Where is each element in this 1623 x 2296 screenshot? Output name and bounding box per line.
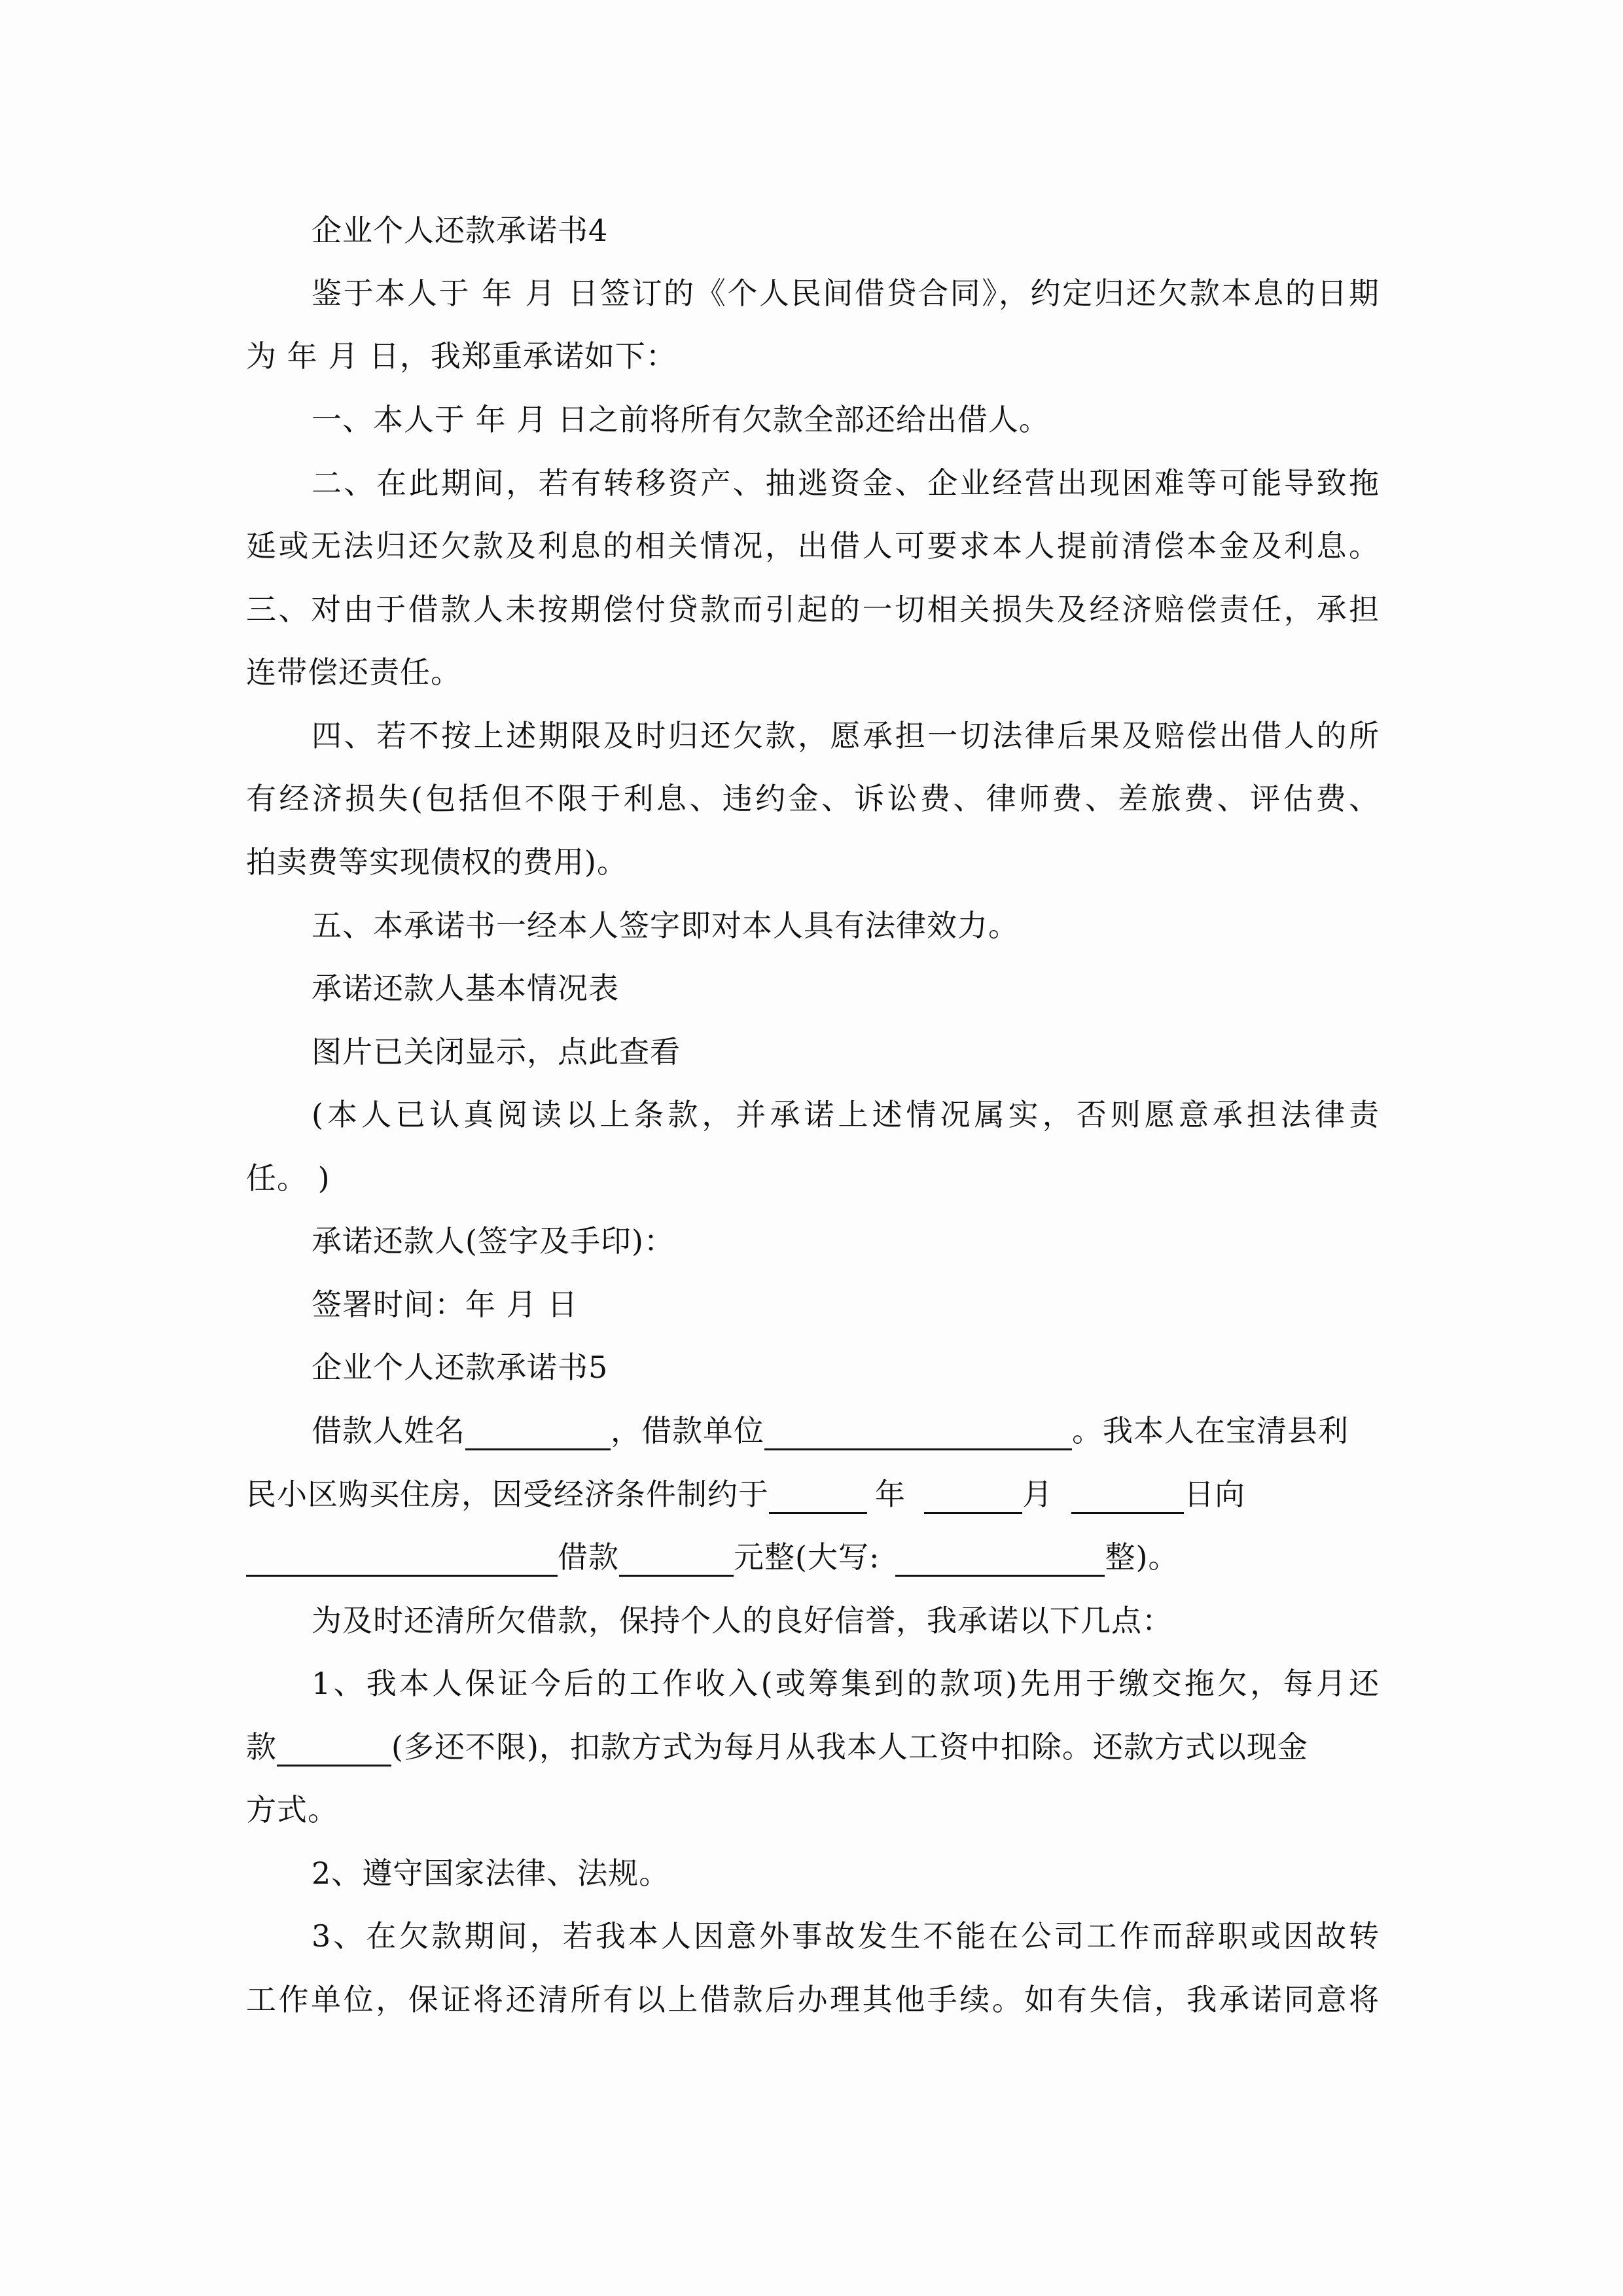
item-3-line-2: 工作单位，保证将还清所有以上借款后办理其他手续。如有失信，我承诺同意将 — [246, 1980, 1380, 2019]
year-field[interactable] — [769, 1479, 867, 1514]
day-label: 日向 — [1184, 1477, 1245, 1512]
borrow-label: 借款 — [558, 1539, 619, 1575]
document-page: 企业个人还款承诺书4 鉴于本人于 年 月 日签订的《个人民间借贷合同》，约定归还… — [0, 0, 1623, 2296]
paragraph-intro-line-2: 为 年 月 日，我郑重承诺如下： — [246, 336, 1380, 376]
comma: ， — [611, 1413, 641, 1448]
end-label: 整)。 — [1105, 1539, 1179, 1575]
month-field[interactable] — [924, 1479, 1022, 1514]
clause-3-line-2: 连带偿还责任。 — [246, 653, 1380, 692]
borrower-unit-field[interactable] — [764, 1416, 1072, 1450]
item-1-line-2: 款(多还不限)，扣款方式为每月从我本人工资中扣除。还款方式以现金 — [246, 1727, 1380, 1767]
clause-4-line-1: 四、若不按上述期限及时归还欠款，愿承担一切法律后果及赔偿出借人的所 — [312, 716, 1380, 755]
day-field[interactable] — [1071, 1479, 1184, 1514]
clause-2-line-1: 二、在此期间，若有转移资产、抽逃资金、企业经营出现困难等可能导致拖 — [312, 463, 1380, 503]
form-row-amount: 借款元整(大写:整)。 — [246, 1537, 1380, 1577]
month-label: 月 — [1022, 1477, 1053, 1512]
monthly-tail-text: (多还不限)，扣款方式为每月从我本人工资中扣除。还款方式以现金 — [391, 1729, 1308, 1765]
promise-intro: 为及时还清所欠借款，保持个人的良好信誉，我承诺以下几点： — [312, 1601, 1380, 1640]
signing-date-label: 签署时间：年 月 日 — [312, 1285, 1380, 1324]
section-title-5: 企业个人还款承诺书5 — [312, 1348, 1380, 1387]
declaration-line-1: (本人已认真阅读以上条款，并承诺上述情况属实，否则愿意承担法律责 — [312, 1095, 1380, 1134]
info-table-heading: 承诺还款人基本情况表 — [312, 969, 1380, 1008]
row1-tail-text: 。我本人在宝清县利 — [1072, 1413, 1349, 1448]
clause-3-line-1: 三、对由于借款人未按期偿付贷款而引起的一切相关损失及经济赔偿责任，承担 — [246, 590, 1380, 629]
clause-2-line-2: 延或无法归还欠款及利息的相关情况，出借人可要求本人提前清偿本金及利息。 — [246, 526, 1380, 565]
form-row-borrower: 借款人姓名，借款单位。我本人在宝清县利 — [312, 1411, 1380, 1450]
signature-label: 承诺还款人(签字及手印)： — [312, 1221, 1380, 1261]
lender-field[interactable] — [246, 1542, 558, 1577]
clause-1: 一、本人于 年 月 日之前将所有欠款全部还给出借人。 — [312, 400, 1380, 439]
clause-5: 五、本承诺书一经本人签字即对本人具有法律效力。 — [312, 906, 1380, 945]
item-1-line-1: 1、我本人保证今后的工作收入(或筹集到的款项)先用于缴交拖欠，每月还 — [312, 1664, 1380, 1703]
monthly-lead-text: 款 — [246, 1729, 277, 1765]
item-1-line-3: 方式。 — [246, 1790, 1380, 1829]
form-row-date: 民小区购买住房，因受经济条件制约于年月日向 — [246, 1475, 1380, 1514]
borrower-unit-label: 借款单位 — [641, 1413, 764, 1448]
row2-lead-text: 民小区购买住房，因受经济条件制约于 — [246, 1477, 769, 1512]
amount-capital-field[interactable] — [895, 1542, 1105, 1577]
amount-field[interactable] — [619, 1542, 734, 1577]
item-2: 2、遵守国家法律、法规。 — [312, 1854, 1380, 1893]
section-title-4: 企业个人还款承诺书4 — [312, 211, 1380, 250]
declaration-line-2: 任。 ) — [246, 1158, 1380, 1198]
borrower-name-field[interactable] — [465, 1416, 611, 1450]
show-image-link[interactable]: 图片已关闭显示，点此查看 — [312, 1032, 1380, 1071]
paragraph-intro-line-1: 鉴于本人于 年 月 日签订的《个人民间借贷合同》，约定归还欠款本息的日期 — [312, 274, 1380, 313]
clause-4-line-2: 有经济损失(包括但不限于利息、违约金、诉讼费、律师费、差旅费、评估费、 — [246, 779, 1380, 818]
borrower-name-label: 借款人姓名 — [312, 1413, 465, 1448]
item-3-line-1: 3、在欠款期间，若我本人因意外事故发生不能在公司工作而辞职或因故转 — [312, 1916, 1380, 1956]
yuan-label: 元整(大写: — [734, 1539, 880, 1575]
year-label: 年 — [875, 1477, 906, 1512]
clause-4-line-3: 拍卖费等实现债权的费用)。 — [246, 842, 1380, 882]
monthly-amount-field[interactable] — [277, 1732, 391, 1767]
